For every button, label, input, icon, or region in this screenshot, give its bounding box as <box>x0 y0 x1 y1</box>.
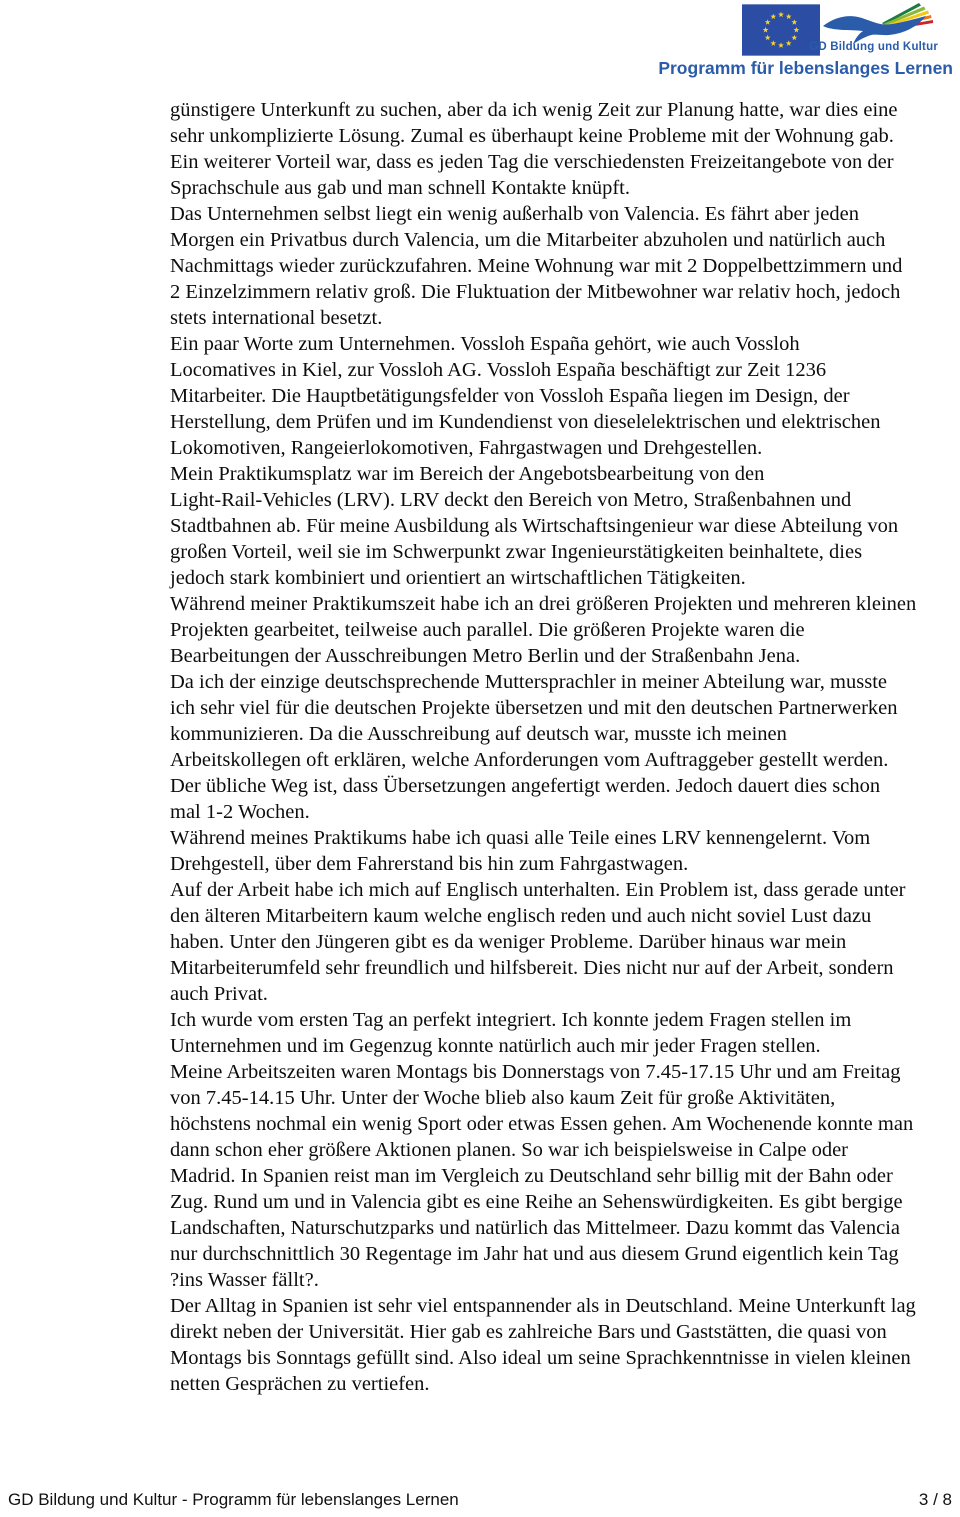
text-line: Madrid. In Spanien reist man im Vergleic… <box>170 1163 950 1189</box>
text-line: Ein weiterer Vorteil war, dass es jeden … <box>170 149 950 175</box>
text-line: Projekten gearbeitet, teilweise auch par… <box>170 617 950 643</box>
text-line: Meine Arbeitszeiten waren Montags bis Do… <box>170 1059 950 1085</box>
text-line: stets international besetzt. <box>170 305 950 331</box>
text-line: auch Privat. <box>170 981 950 1007</box>
text-line: Da ich der einzige deutschsprechende Mut… <box>170 669 950 695</box>
body-text: günstigere Unterkunft zu suchen, aber da… <box>170 97 950 1397</box>
text-line: höchstens nochmal ein wenig Sport oder e… <box>170 1111 950 1137</box>
text-line: Der Alltag in Spanien ist sehr viel ents… <box>170 1293 950 1319</box>
text-line: Locomatives in Kiel, zur Vossloh AG. Vos… <box>170 357 950 383</box>
text-line: von 7.45-14.15 Uhr. Unter der Woche blie… <box>170 1085 950 1111</box>
text-line: Während meiner Praktikumszeit habe ich a… <box>170 591 950 617</box>
text-line: Der übliche Weg ist, dass Übersetzungen … <box>170 773 950 799</box>
text-line: Unternehmen und im Gegenzug konnte natür… <box>170 1033 950 1059</box>
text-line: netten Gesprächen zu vertiefen. <box>170 1371 950 1397</box>
text-line: Lokomotiven, Rangeierlokomotiven, Fahrga… <box>170 435 950 461</box>
text-line: 2 Einzelzimmern relativ groß. Die Fluktu… <box>170 279 950 305</box>
text-line: ich sehr viel für die deutschen Projekte… <box>170 695 950 721</box>
text-line: Mitarbeiter. Die Hauptbetätigungsfelder … <box>170 383 950 409</box>
logo-gd-text: GD Bildung und Kultur <box>809 41 938 53</box>
text-line: Arbeitskollegen oft erklären, welche Anf… <box>170 747 950 773</box>
text-line: sehr unkomplizierte Lösung. Zumal es übe… <box>170 123 950 149</box>
text-line: Mein Praktikumsplatz war im Bereich der … <box>170 461 950 487</box>
text-line: Light-Rail-Vehicles (LRV). LRV deckt den… <box>170 487 950 513</box>
footer-left-text: GD Bildung und Kultur - Programm für leb… <box>8 1490 459 1510</box>
header-logo-group: GD Bildung und Kultur Programm für leben… <box>0 0 960 92</box>
text-line: ?ins Wasser fällt?. <box>170 1267 950 1293</box>
text-line: haben. Unter den Jüngeren gibt es da wen… <box>170 929 950 955</box>
footer-page-number: 3 / 8 <box>919 1490 952 1510</box>
text-line: Zug. Rund um und in Valencia gibt es ein… <box>170 1189 950 1215</box>
text-line: den älteren Mitarbeitern kaum welche eng… <box>170 903 950 929</box>
text-line: Auf der Arbeit habe ich mich auf Englisc… <box>170 877 950 903</box>
text-line: Landschaften, Naturschutzparks und natür… <box>170 1215 950 1241</box>
text-line: nur durchschnittlich 30 Regentage im Jah… <box>170 1241 950 1267</box>
text-line: Montags bis Sonntags gefüllt sind. Also … <box>170 1345 950 1371</box>
text-line: Nachmittags wieder zurückzufahren. Meine… <box>170 253 950 279</box>
logo-program-text: Programm für lebenslanges Lernen <box>658 58 953 79</box>
text-line: direkt neben der Universität. Hier gab e… <box>170 1319 950 1345</box>
text-line: Das Unternehmen selbst liegt ein wenig a… <box>170 201 950 227</box>
text-line: Mitarbeiterumfeld sehr freundlich und hi… <box>170 955 950 981</box>
text-line: Morgen ein Privatbus durch Valencia, um … <box>170 227 950 253</box>
text-line: kommunizieren. Da die Ausschreibung auf … <box>170 721 950 747</box>
text-line: mal 1-2 Wochen. <box>170 799 950 825</box>
text-line: günstigere Unterkunft zu suchen, aber da… <box>170 97 950 123</box>
text-line: Stadtbahnen ab. Für meine Ausbildung als… <box>170 513 950 539</box>
text-line: jedoch stark kombiniert und orientiert a… <box>170 565 950 591</box>
text-line: Ein paar Worte zum Unternehmen. Vossloh … <box>170 331 950 357</box>
bird-logo-icon <box>820 2 938 44</box>
text-line: Ich wurde vom ersten Tag an perfekt inte… <box>170 1007 950 1033</box>
text-line: Bearbeitungen der Ausschreibungen Metro … <box>170 643 950 669</box>
text-line: Herstellung, dem Prüfen und im Kundendie… <box>170 409 950 435</box>
text-line: Während meines Praktikums habe ich quasi… <box>170 825 950 851</box>
text-line: Drehgestell, über dem Fahrerstand bis hi… <box>170 851 950 877</box>
text-line: großen Vorteil, weil sie im Schwerpunkt … <box>170 539 950 565</box>
text-line: Sprachschule aus gab und man schnell Kon… <box>170 175 950 201</box>
document-page: GD Bildung und Kultur Programm für leben… <box>0 0 960 1517</box>
text-line: dann schon eher größere Aktionen planen.… <box>170 1137 950 1163</box>
